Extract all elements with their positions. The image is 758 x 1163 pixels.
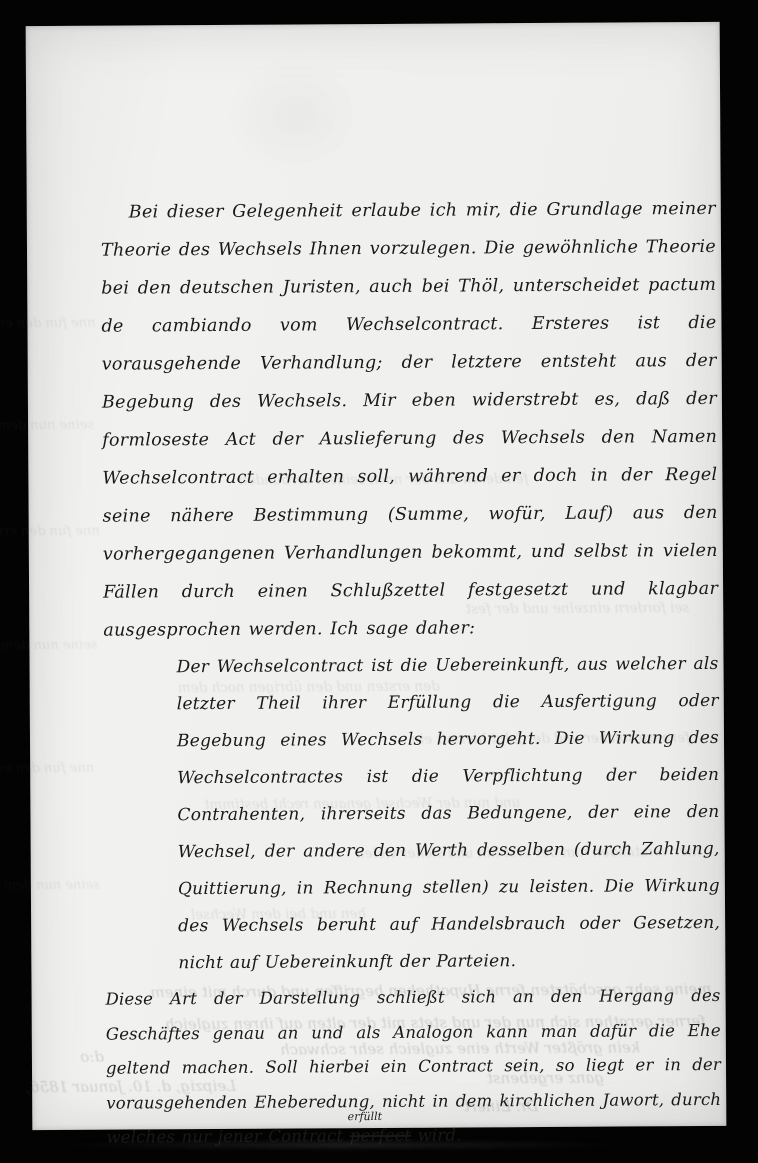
ghost-bleedthrough-line: seine nun dem ferner xyxy=(37,638,97,653)
ghost-bleedthrough-line: nne fun den erfben xyxy=(34,524,100,539)
paragraph-theory-intro: Bei dieser Gelegenheit erlaube ich mir, … xyxy=(101,190,719,650)
scanned-document: nne fun den erfben seine nun dem ferner … xyxy=(0,0,758,1163)
ghost-bleedthrough-line: seine nun dem ferner xyxy=(36,418,94,433)
paragraph-definition-indented: Der Wechselcontract ist die Uebereinkunf… xyxy=(176,646,720,982)
interlinear-correction: erfüllt xyxy=(348,1111,382,1122)
scanner-streak xyxy=(60,1142,620,1148)
paragraph-analogy-marriage: Diese Art der Darstellung schließt sich … xyxy=(105,979,721,1155)
ghost-bleedthrough-line: nne fun den erfben xyxy=(33,316,95,331)
document-page: nne fun den erfben seine nun dem ferner … xyxy=(26,22,727,1130)
letter-body: Bei dieser Gelegenheit erlaube ich mir, … xyxy=(101,190,722,1155)
ghost-bleedthrough-line: d:o xyxy=(70,1048,104,1066)
faint-stamp-smudge xyxy=(226,54,367,175)
ghost-bleedthrough-line: nne fun den erfben xyxy=(36,761,94,776)
paragraph-analogy-text: Diese Art der Darstellung schließt sich … xyxy=(106,986,722,1147)
ghost-bleedthrough-line: seine nun dem ferner xyxy=(40,878,100,893)
